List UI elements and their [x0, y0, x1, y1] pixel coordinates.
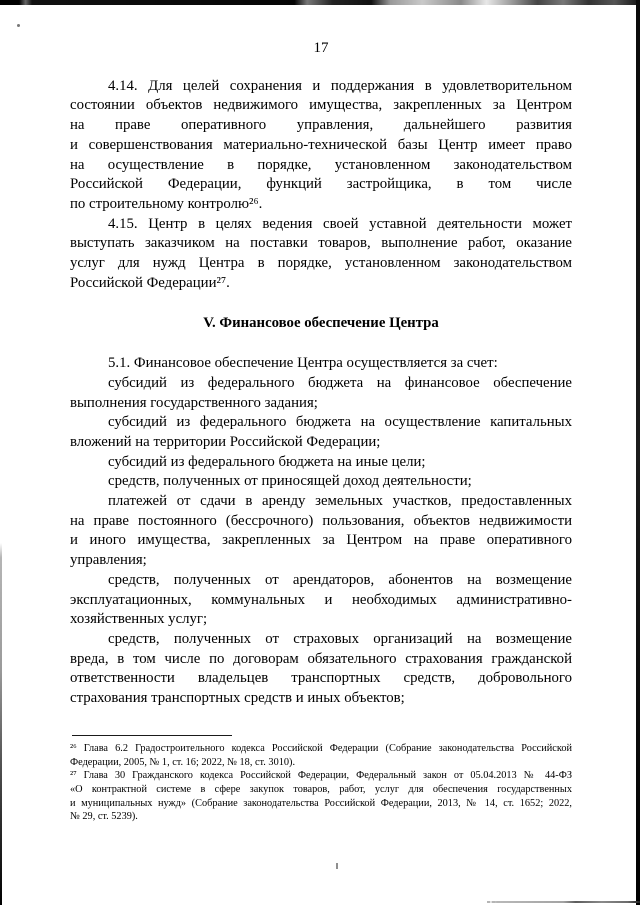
text-line: № 29, ст. 5239).	[70, 810, 572, 824]
list-item-subsidies-state-task: субсидий из федерального бюджета на фина…	[70, 374, 572, 413]
scan-artifact-right-edge	[636, 0, 640, 905]
text-line: состоянии объектов недвижимого имущества…	[70, 96, 572, 116]
scan-artifact-center-tick	[336, 863, 338, 869]
text-line: средств, полученных от страховых организ…	[70, 630, 572, 650]
text-line: выступать заказчиком на поставки товаров…	[70, 234, 572, 254]
text-line: на праве постоянного (бессрочного) польз…	[70, 512, 572, 532]
text-line: ²⁶ Глава 6.2 Градостроительного кодекса …	[70, 742, 572, 756]
text-line: и совершенствования материально-техничес…	[70, 136, 572, 156]
text-line: на праве оперативного управления, дальне…	[70, 116, 572, 136]
section-5-heading: V. Финансовое обеспечение Центра	[70, 314, 572, 334]
text-line: хозяйственных услуг;	[70, 610, 572, 630]
list-item-insurance-compensations: средств, полученных от страховых организ…	[70, 630, 572, 709]
list-item-subsidies-other-purposes: субсидий из федерального бюджета на иные…	[70, 453, 572, 473]
text-line: ответственности владельцев транспортных …	[70, 669, 572, 689]
footnote-27: ²⁷ Глава 30 Гражданского кодекса Российс…	[70, 769, 572, 824]
text-line: субсидий из федерального бюджета на иные…	[70, 453, 572, 473]
text-line: по строительному контролю²⁶.	[70, 195, 572, 215]
text-line: вреда, в том числе по договорам обязател…	[70, 650, 572, 670]
text-line: субсидий из федерального бюджета на осущ…	[70, 413, 572, 433]
text-line: и муниципальных нужд» (Собрание законода…	[70, 797, 572, 811]
text-line: эксплуатационных, коммунальных и необход…	[70, 591, 572, 611]
text-line: субсидий из федерального бюджета на фина…	[70, 374, 572, 394]
text-line: Российской Федерации, функций застройщик…	[70, 175, 572, 195]
text-line: управления;	[70, 551, 572, 571]
text-line: 4.15. Центр в целях ведения своей уставн…	[70, 215, 572, 235]
text-line: услуг для нужд Центра в порядке, установ…	[70, 254, 572, 274]
text-line: страхования транспортных средств и иных …	[70, 689, 572, 709]
paragraph-4-14: 4.14. Для целей сохранения и поддержания…	[70, 77, 572, 215]
text-line: платежей от сдачи в аренду земельных уча…	[70, 492, 572, 512]
scan-artifact-bottom-right-line	[487, 901, 640, 903]
scanned-document-page: { "page": { "number": "17", "background_…	[0, 0, 640, 905]
text-line: Федерации, 2005, № 1, ст. 16; 2022, № 18…	[70, 756, 572, 770]
page-number: 17	[70, 39, 572, 59]
scan-artifact-bottom-dashes	[487, 901, 501, 903]
document-body: 17 4.14. Для целей сохранения и поддержа…	[70, 0, 572, 824]
list-item-rent-payments: платежей от сдачи в аренду земельных уча…	[70, 492, 572, 571]
list-item-income-activity: средств, полученных от приносящей доход …	[70, 472, 572, 492]
paragraph-4-15: 4.15. Центр в целях ведения своей уставн…	[70, 215, 572, 294]
text-line: выполнения государственного задания;	[70, 394, 572, 414]
text-line: на осуществление в порядке, установленно…	[70, 156, 572, 176]
text-line: 5.1. Финансовое обеспечение Центра осуще…	[70, 354, 572, 374]
text-line: Российской Федерации²⁷.	[70, 274, 572, 294]
text-line: и иного имущества, закрепленных за Центр…	[70, 531, 572, 551]
footnote-26: ²⁶ Глава 6.2 Градостроительного кодекса …	[70, 742, 572, 769]
text-line: 4.14. Для целей сохранения и поддержания…	[70, 77, 572, 97]
text-line: вложений на территории Российской Федера…	[70, 433, 572, 453]
text-line: «О контрактной системе в сфере закупок т…	[70, 783, 572, 797]
list-item-tenant-reimbursements: средств, полученных от арендаторов, абон…	[70, 571, 572, 630]
scan-artifact-speck	[17, 24, 20, 27]
text-line: средств, полученных от приносящей доход …	[70, 472, 572, 492]
footnotes-section: ²⁶ Глава 6.2 Градостроительного кодекса …	[70, 735, 572, 824]
scan-artifact-left-edge	[0, 543, 2, 905]
footnote-separator	[72, 735, 232, 736]
paragraph-5-1-intro: 5.1. Финансовое обеспечение Центра осуще…	[70, 354, 572, 374]
text-line: средств, полученных от арендаторов, абон…	[70, 571, 572, 591]
list-item-subsidies-capital-investments: субсидий из федерального бюджета на осущ…	[70, 413, 572, 452]
text-line: ²⁷ Глава 30 Гражданского кодекса Российс…	[70, 769, 572, 783]
